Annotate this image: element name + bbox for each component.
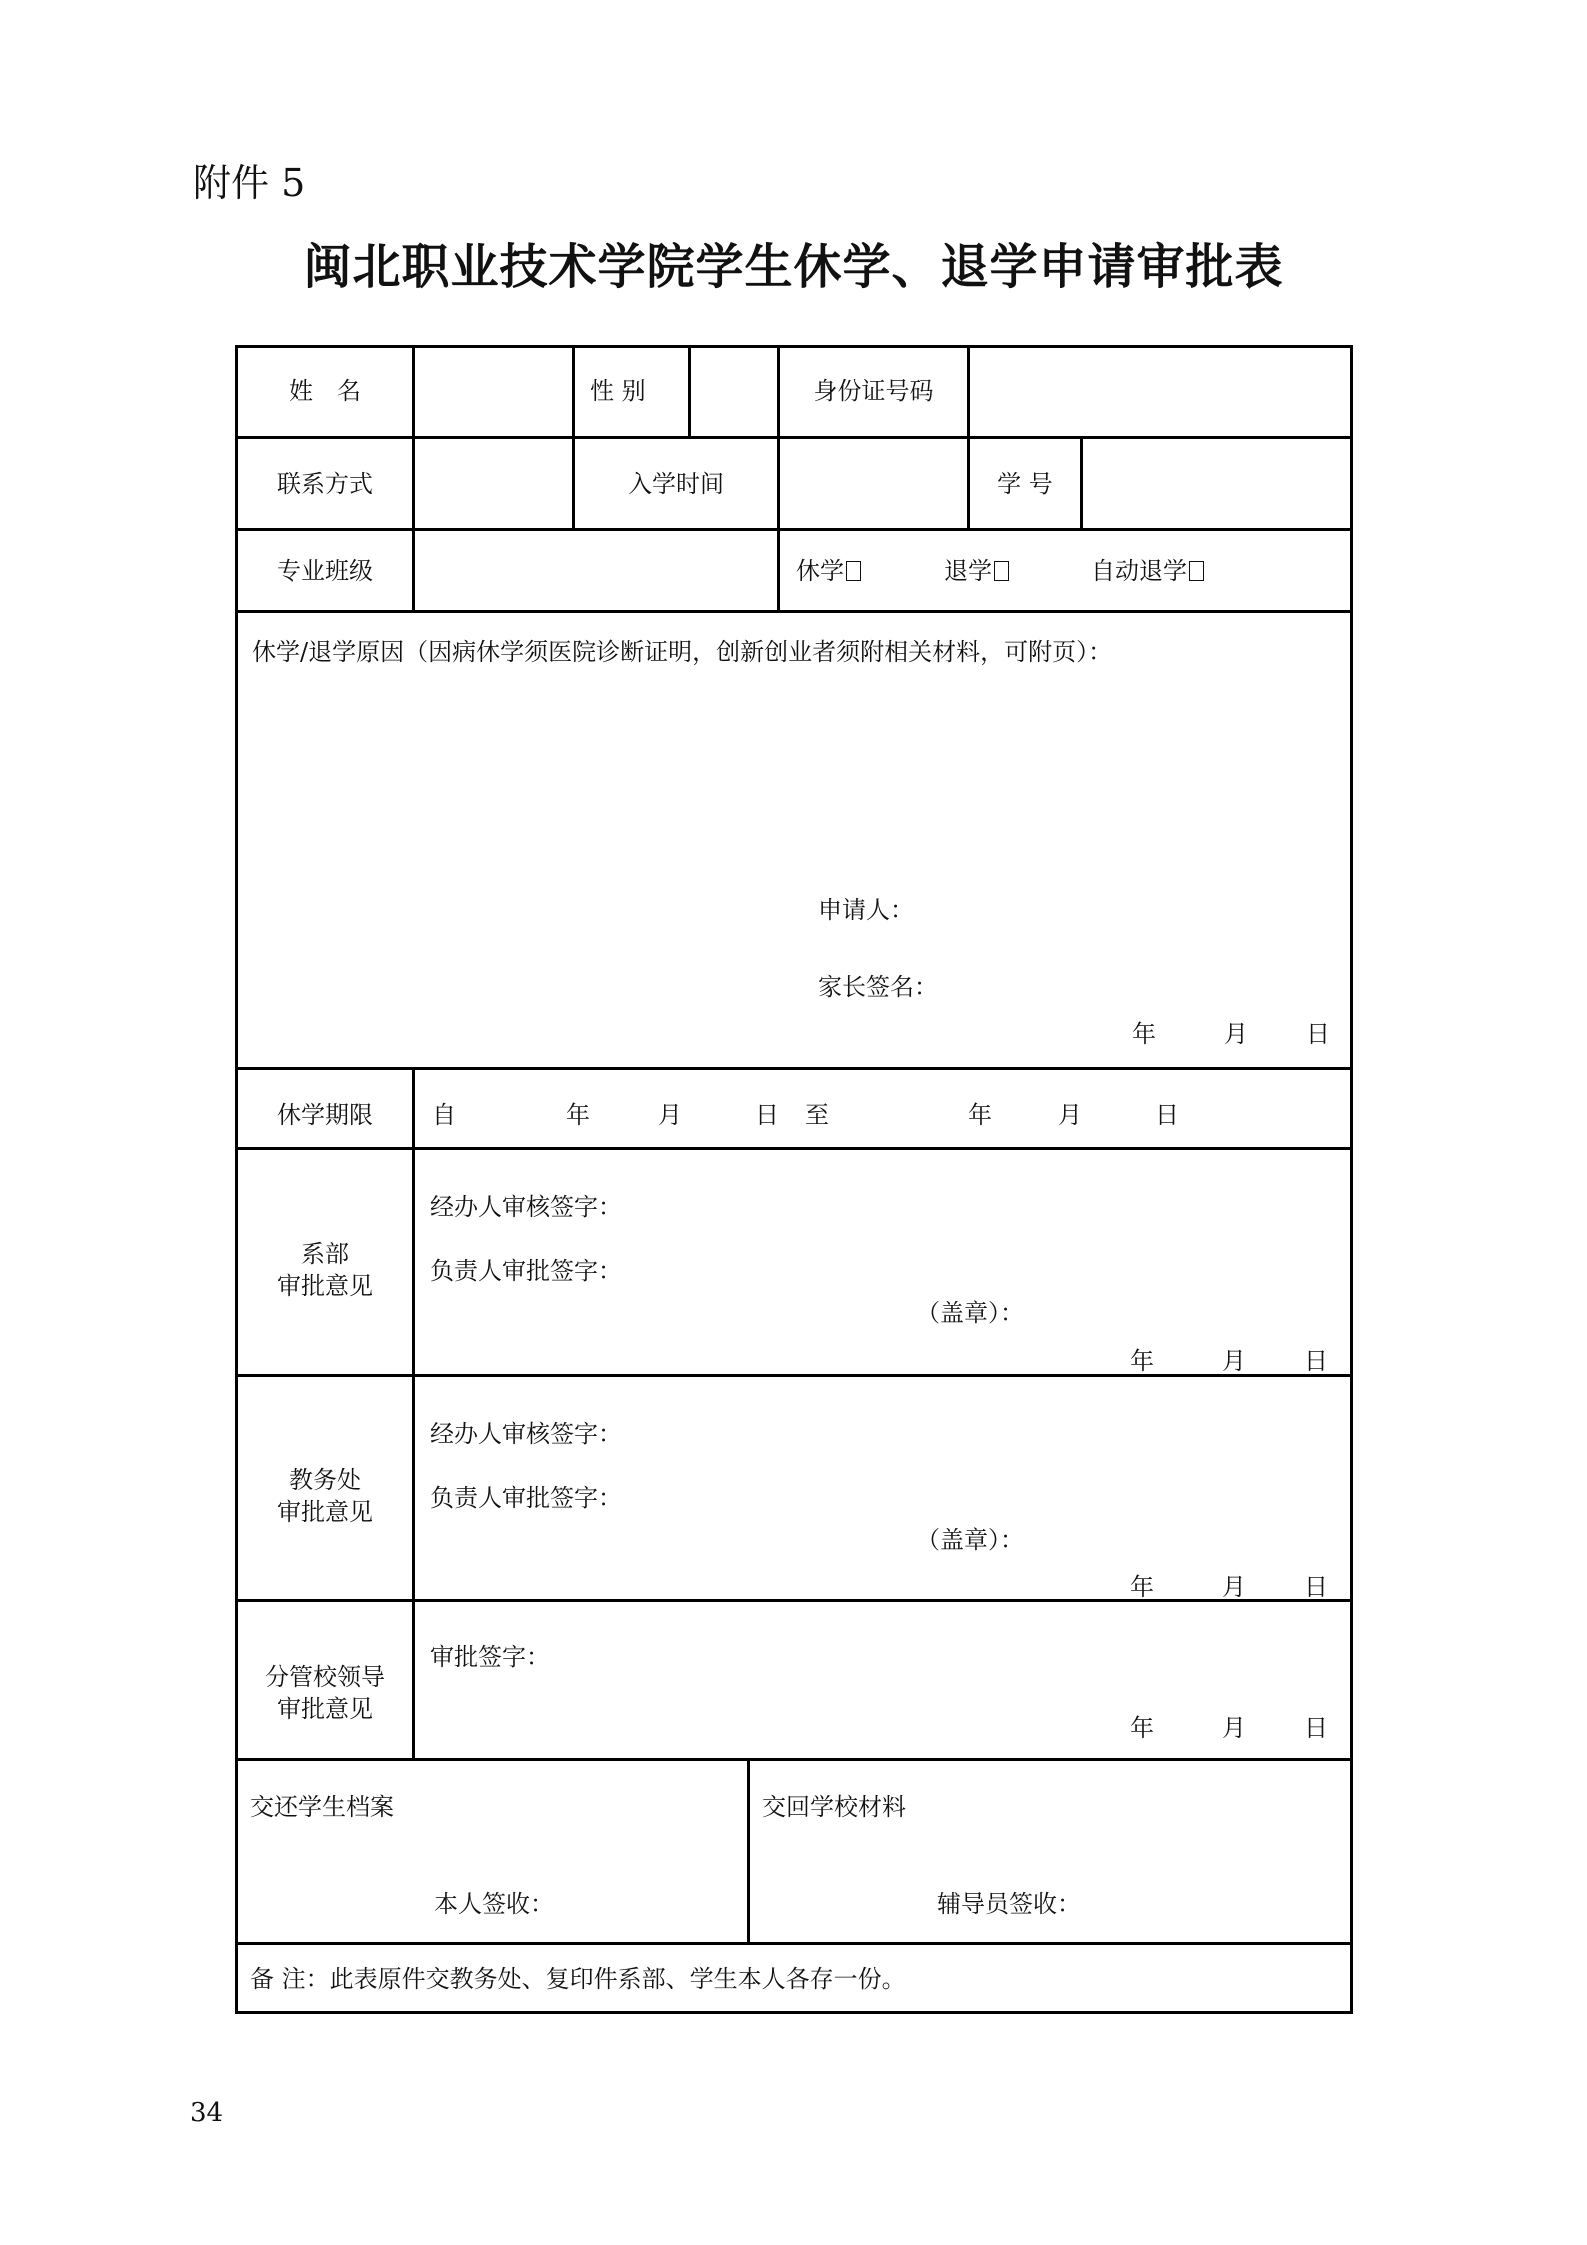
remarks-note: 备 注：此表原件交教务处、复印件系部、学生本人各存一份。 [250, 1965, 906, 1993]
student-number-label: 学 号 [970, 470, 1080, 498]
checkbox-withdraw[interactable] [994, 561, 1009, 581]
materials-return-label: 交回学校材料 [762, 1793, 906, 1821]
leader-sign-label: 审批签字： [430, 1643, 550, 1671]
row-divider [235, 528, 1353, 531]
period-to-month: 月 [1058, 1101, 1082, 1129]
checkbox-suspend[interactable] [846, 561, 861, 581]
option-withdraw[interactable]: 退学 [944, 557, 1009, 585]
col-divider [967, 345, 970, 531]
academic-office-head-label: 负责人审批签字： [430, 1484, 622, 1512]
period-from: 自 [432, 1101, 456, 1129]
period-label: 休学期限 [238, 1101, 412, 1129]
option-withdraw-label: 退学 [944, 557, 992, 585]
reason-field[interactable] [240, 672, 1348, 882]
leader-label-line2: 审批意见 [238, 1695, 412, 1723]
page-title: 闽北职业技术学院学生休学、退学申请审批表 [0, 228, 1587, 297]
col-divider [747, 1758, 750, 1945]
row-divider [235, 1147, 1353, 1150]
academic-office-label-line1: 教务处 [238, 1466, 412, 1494]
leader-label-line1: 分管校领导 [238, 1663, 412, 1691]
department-label-line1: 系部 [238, 1240, 412, 1268]
academic-office-seal-label: （盖章）： [916, 1526, 1024, 1554]
reason-label: 休学/退学原因（因病休学须医院诊断证明，创新创业者须附相关材料，可附页）： [252, 638, 1112, 666]
row-divider [235, 1942, 1353, 1945]
academic-office-label-line2: 审批意见 [238, 1498, 412, 1526]
col-divider [412, 345, 415, 613]
option-auto-withdraw-label: 自动退学 [1091, 557, 1187, 585]
archive-return-label: 交还学生档案 [250, 1793, 394, 1821]
col-divider [572, 345, 575, 531]
row-divider [235, 1067, 1353, 1070]
checkbox-auto-withdraw[interactable] [1189, 561, 1204, 581]
department-date-year: 年 [1130, 1347, 1154, 1375]
enroll-time-field[interactable] [781, 440, 966, 528]
reason-date-month: 月 [1224, 1020, 1248, 1048]
gender-label: 性 别 [590, 377, 646, 405]
department-seal-label: （盖章）： [916, 1299, 1024, 1327]
period-to: 至 [805, 1101, 829, 1129]
name-field[interactable] [416, 348, 571, 436]
id-number-field[interactable] [971, 348, 1349, 436]
col-divider [1080, 436, 1083, 531]
applicant-label: 申请人： [818, 896, 914, 924]
option-suspend-label: 休学 [796, 557, 844, 585]
student-number-field[interactable] [1084, 440, 1349, 528]
major-class-field[interactable] [416, 532, 776, 610]
leader-date-day: 日 [1304, 1714, 1328, 1742]
row-divider [235, 436, 1353, 439]
page-number: 34 [190, 2098, 223, 2128]
major-class-label: 专业班级 [238, 557, 412, 585]
academic-office-date-month: 月 [1222, 1573, 1246, 1601]
period-from-year: 年 [566, 1101, 590, 1129]
attachment-label: 附件 5 [193, 152, 305, 207]
counselor-sign-label: 辅导员签收： [937, 1890, 1081, 1918]
self-sign-label: 本人签收： [434, 1890, 554, 1918]
col-divider [688, 345, 691, 439]
period-to-day: 日 [1155, 1101, 1179, 1129]
parent-signature-label: 家长签名： [818, 973, 938, 1001]
department-date-day: 日 [1304, 1347, 1328, 1375]
col-divider [412, 1067, 415, 1761]
option-suspend[interactable]: 休学 [796, 557, 861, 585]
period-from-month: 月 [658, 1101, 682, 1129]
period-to-year: 年 [968, 1101, 992, 1129]
gender-field[interactable] [692, 348, 776, 436]
department-date-month: 月 [1222, 1347, 1246, 1375]
department-label-line2: 审批意见 [238, 1272, 412, 1300]
department-handler-label: 经办人审核签字： [430, 1193, 622, 1221]
table-border-right [1350, 345, 1353, 2014]
academic-office-handler-label: 经办人审核签字： [430, 1420, 622, 1448]
table-border-bottom [235, 2011, 1353, 2014]
academic-office-date-day: 日 [1304, 1573, 1328, 1601]
reason-date-day: 日 [1306, 1020, 1330, 1048]
academic-office-date-year: 年 [1130, 1573, 1154, 1601]
leader-date-year: 年 [1130, 1714, 1154, 1742]
contact-field[interactable] [416, 440, 571, 528]
reason-date-year: 年 [1132, 1020, 1156, 1048]
row-divider [235, 1374, 1353, 1377]
department-head-label: 负责人审批签字： [430, 1257, 622, 1285]
option-auto-withdraw[interactable]: 自动退学 [1091, 557, 1204, 585]
row-divider [235, 1599, 1353, 1602]
period-from-day: 日 [755, 1101, 779, 1129]
row-divider [235, 1758, 1353, 1761]
row-divider [235, 610, 1353, 613]
name-label: 姓 名 [238, 377, 412, 405]
leader-date-month: 月 [1222, 1714, 1246, 1742]
contact-label: 联系方式 [238, 470, 412, 498]
enroll-time-label: 入学时间 [575, 470, 777, 498]
id-number-label: 身份证号码 [780, 377, 967, 405]
table-border-left [235, 345, 238, 2014]
